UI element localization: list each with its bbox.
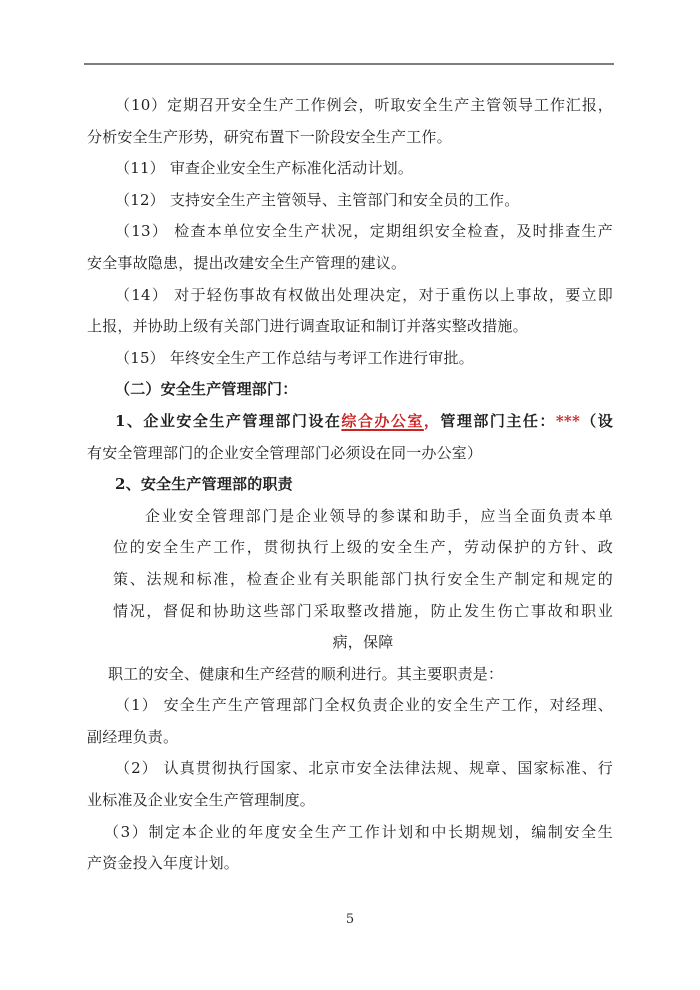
text-line: 副经理负责。: [87, 722, 613, 754]
highlighted-text: ，: [424, 412, 441, 430]
text-line: 分析安全生产形势，研究布置下一阶段安全生产工作。: [87, 122, 613, 154]
text-line: 有安全管理部门的企业安全管理部门必须设在同一办公室）: [87, 438, 613, 470]
text-run: 副经理负责。: [87, 728, 178, 746]
text-line: （10）定期召开安全生产工作例会，听取安全生产主管领导工作汇报，: [87, 90, 613, 122]
text-line: 策、法规和标准，检查企业有关职能部门执行安全生产制定和规定的: [87, 564, 613, 596]
text-run: （10）定期召开安全生产工作例会，听取安全生产主管领导工作汇报，: [115, 96, 613, 114]
text-line: 病，保障: [87, 627, 613, 659]
text-line: 1、企业安全生产管理部门设在综合办公室，管理部门主任：***（设: [87, 406, 613, 438]
text-line: 企业安全管理部门是企业领导的参谋和助手，应当全面负责本单: [87, 501, 613, 533]
text-run: 策、法规和标准，检查企业有关职能部门执行安全生产制定和规定的: [113, 570, 613, 588]
text-line: （12） 支持安全生产主管领导、主管部门和安全员的工作。: [87, 185, 613, 217]
highlighted-text: ***: [556, 412, 580, 430]
text-run: （13） 检查本单位安全生产状况，定期组织安全检查，及时排查生产: [115, 222, 613, 240]
text-run: 企业安全管理部门是企业领导的参谋和助手，应当全面负责本单: [145, 507, 613, 525]
text-line: （二）安全生产管理部门：: [87, 374, 613, 406]
text-run: 有安全管理部门的企业安全管理部门必须设在同一办公室）: [87, 444, 482, 462]
page-number: 5: [0, 912, 700, 927]
text-run: （二）安全生产管理部门：: [115, 380, 297, 398]
text-line: （2） 认真贯彻执行国家、北京市安全法律法规、规章、国家标准、行: [87, 753, 613, 785]
text-run: （15） 年终安全生产工作总结与考评工作进行审批。: [115, 349, 474, 367]
document-body: （10）定期召开安全生产工作例会，听取安全生产主管领导工作汇报，分析安全生产形势…: [87, 90, 613, 880]
text-run: 业标准及企业安全生产管理制度。: [87, 791, 315, 809]
text-run: 分析安全生产形势，研究布置下一阶段安全生产工作。: [87, 128, 452, 146]
text-line: （15） 年终安全生产工作总结与考评工作进行审批。: [87, 343, 613, 375]
text-run: 上报，并协助上级有关部门进行调查取证和制订并落实整改措施。: [87, 317, 528, 335]
text-run: （12） 支持安全生产主管领导、主管部门和安全员的工作。: [115, 191, 519, 209]
text-line: （13） 检查本单位安全生产状况，定期组织安全检查，及时排查生产: [87, 216, 613, 248]
text-run: （2） 认真贯彻执行国家、北京市安全法律法规、规章、国家标准、行: [115, 759, 613, 777]
text-line: 产资金投入年度计划。: [87, 848, 613, 880]
text-run: （3）制定本企业的年度安全生产工作计划和中长期规划，编制安全生: [104, 823, 613, 841]
text-run: （14） 对于轻伤事故有权做出处理决定，对于重伤以上事故，要立即: [115, 286, 613, 304]
text-run: 安全事故隐患，提出改建安全生产管理的建议。: [87, 254, 406, 272]
header-rule: [84, 63, 614, 65]
text-run: 管理部门主任：: [440, 412, 555, 430]
text-line: （14） 对于轻伤事故有权做出处理决定，对于重伤以上事故，要立即: [87, 280, 613, 312]
text-run: 1、企业安全生产管理部门设在: [115, 412, 341, 430]
text-run: 2、安全生产管理部的职责: [115, 475, 293, 493]
text-line: 2、安全生产管理部的职责: [87, 469, 613, 501]
text-run: 情况，督促和协助这些部门采取整改措施，防止发生伤亡事故和职业: [113, 602, 613, 620]
text-run: （11） 审查企业安全生产标准化活动计划。: [115, 159, 413, 177]
text-line: （1） 安全生产生产管理部门全权负责企业的安全生产工作，对经理、: [87, 690, 613, 722]
text-line: 业标准及企业安全生产管理制度。: [87, 785, 613, 817]
text-line: 安全事故隐患，提出改建安全生产管理的建议。: [87, 248, 613, 280]
highlighted-text: 综合办公室: [341, 412, 423, 430]
text-line: （11） 审查企业安全生产标准化活动计划。: [87, 153, 613, 185]
text-run: 位的安全生产工作，贯彻执行上级的安全生产，劳动保护的方针、政: [113, 538, 613, 556]
text-run: （1） 安全生产生产管理部门全权负责企业的安全生产工作，对经理、: [115, 696, 613, 714]
text-line: 职工的安全、健康和生产经营的顺利进行。其主要职责是：: [87, 659, 613, 691]
text-run: 产资金投入年度计划。: [87, 854, 239, 872]
text-run: （设: [580, 412, 613, 430]
text-run: 职工的安全、健康和生产经营的顺利进行。其主要职责是：: [108, 665, 503, 683]
text-line: 位的安全生产工作，贯彻执行上级的安全生产，劳动保护的方针、政: [87, 532, 613, 564]
text-line: （3）制定本企业的年度安全生产工作计划和中长期规划，编制安全生: [87, 817, 613, 849]
document-page: （10）定期召开安全生产工作例会，听取安全生产主管领导工作汇报，分析安全生产形势…: [0, 0, 700, 990]
text-run: 病，保障: [333, 633, 394, 651]
text-line: 情况，督促和协助这些部门采取整改措施，防止发生伤亡事故和职业: [87, 596, 613, 628]
text-line: 上报，并协助上级有关部门进行调查取证和制订并落实整改措施。: [87, 311, 613, 343]
